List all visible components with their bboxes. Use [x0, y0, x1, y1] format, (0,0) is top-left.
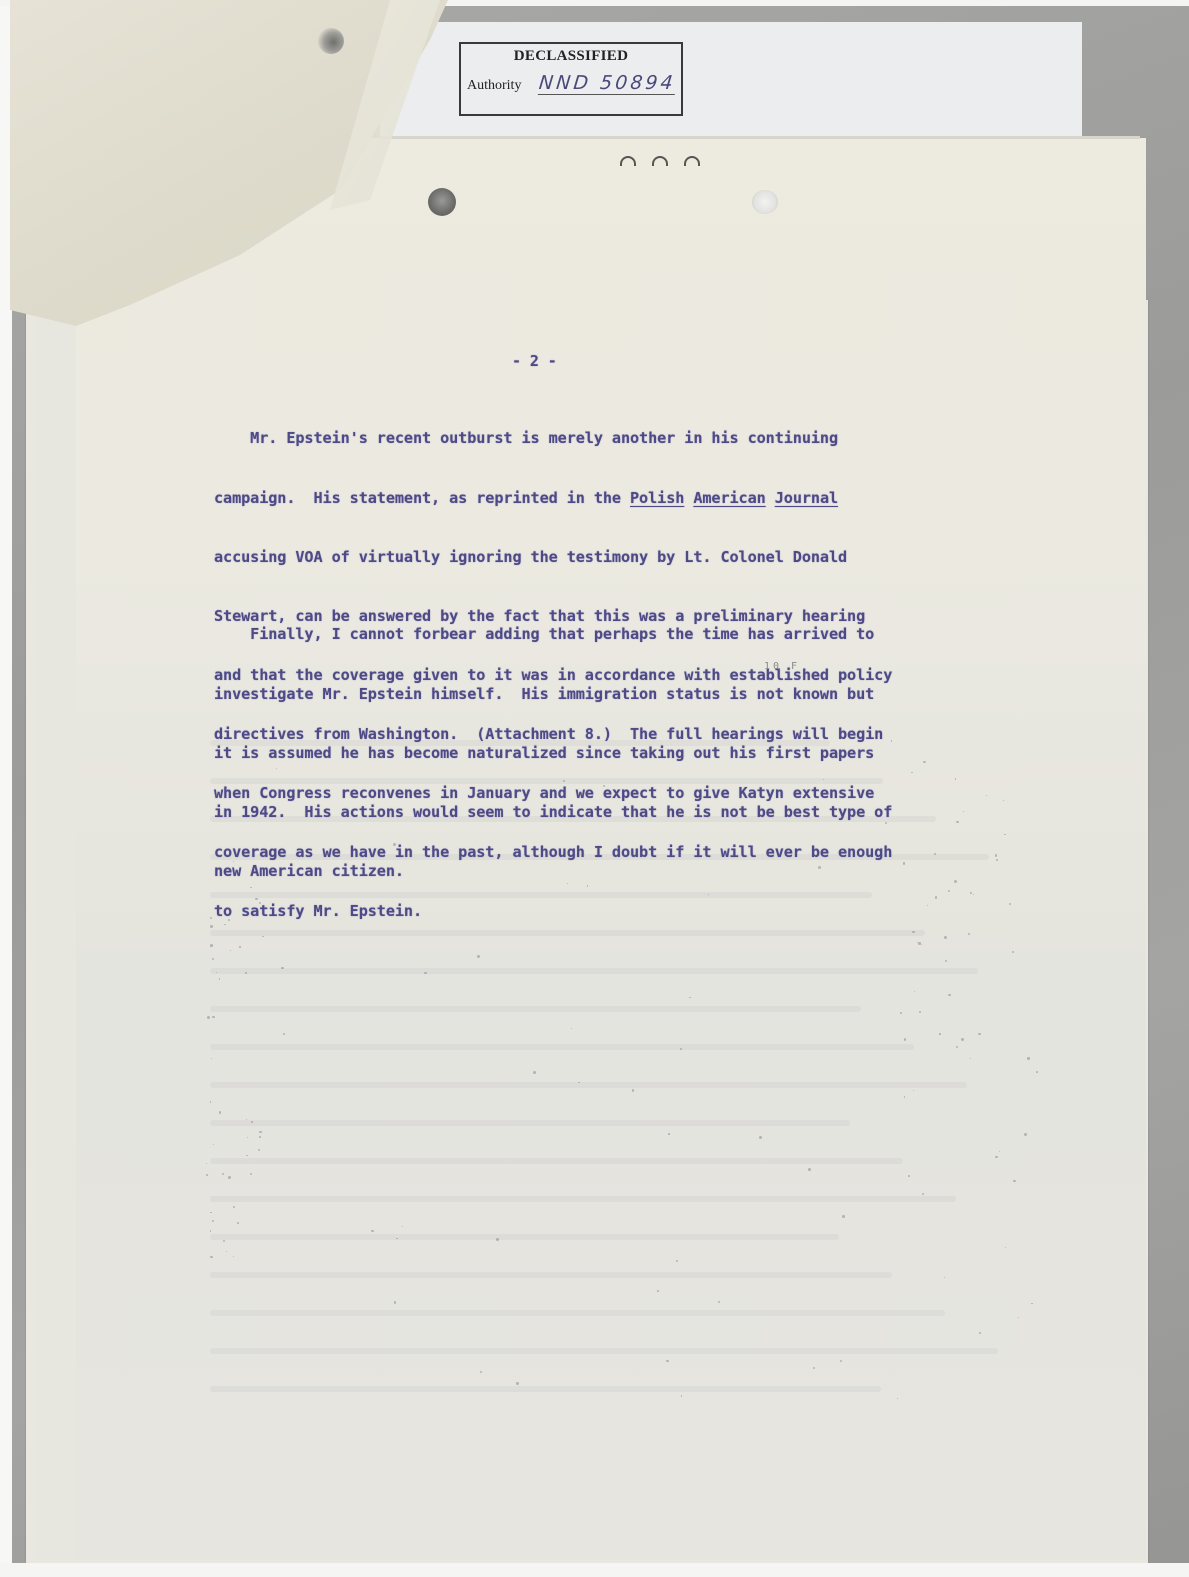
- text-line: campaign. His statement, as reprinted in…: [214, 489, 892, 509]
- speck: [923, 761, 926, 764]
- speck: [1005, 1247, 1006, 1248]
- paragraph-2: Finally, I cannot forbear adding that pe…: [214, 586, 892, 901]
- text-line: new American citizen.: [214, 862, 892, 882]
- speck: [900, 1012, 902, 1014]
- speck: [911, 772, 912, 773]
- bleed-line: [210, 1044, 914, 1050]
- bleed-line: [210, 1386, 881, 1392]
- speck: [212, 958, 214, 960]
- page-top-edge: [380, 136, 1140, 139]
- bleed-line: [210, 968, 978, 974]
- declassified-stamp: DECLASSIFIED Authority NND 50894: [459, 42, 683, 116]
- speck: [246, 1119, 247, 1120]
- speck: [922, 1193, 924, 1195]
- speck: [912, 931, 914, 933]
- publication-title: Journal: [775, 489, 838, 507]
- speck: [813, 1367, 815, 1369]
- speck: [968, 933, 970, 935]
- speck: [676, 1260, 678, 1262]
- speck: [222, 1173, 224, 1175]
- speck: [996, 859, 998, 861]
- speck: [657, 1290, 659, 1292]
- speck: [918, 942, 920, 944]
- speck: [258, 1149, 260, 1151]
- staple-mark-icon: [652, 156, 668, 166]
- stamp-authority-label: Authority: [467, 78, 521, 94]
- speck: [1024, 1133, 1027, 1136]
- speck: [210, 944, 213, 947]
- speck: [228, 1176, 231, 1179]
- speck: [948, 994, 951, 997]
- speck: [283, 1033, 285, 1035]
- bleed-line: [210, 1234, 839, 1240]
- speck: [979, 1332, 981, 1334]
- speck: [496, 1238, 499, 1241]
- text-line: investigate Mr. Epstein himself. His imm…: [214, 685, 892, 705]
- speck: [394, 1301, 396, 1303]
- speck: [578, 1082, 580, 1084]
- speck: [226, 1251, 227, 1252]
- speck: [808, 1168, 811, 1171]
- speck: [668, 1133, 669, 1134]
- speck: [939, 1034, 940, 1035]
- speck: [533, 1071, 536, 1074]
- speck: [1036, 1071, 1038, 1073]
- background-margin-bottom: [0, 1563, 1189, 1577]
- staple-marks: [620, 150, 716, 171]
- text-line: in 1942. His actions would seem to indic…: [214, 803, 892, 823]
- bleed-line: [210, 1006, 861, 1012]
- punch-hole-icon: [318, 28, 344, 54]
- bleed-line: [210, 1272, 892, 1278]
- speck: [212, 1220, 214, 1222]
- speck: [995, 854, 997, 856]
- speck: [219, 978, 220, 979]
- speck: [970, 892, 972, 894]
- speck: [934, 853, 936, 855]
- stamp-authority-value: NND 50894: [538, 72, 677, 95]
- speck: [681, 1395, 682, 1396]
- text-line: Finally, I cannot forbear adding that pe…: [214, 625, 892, 645]
- speck: [516, 1382, 519, 1385]
- bleed-line: [210, 1158, 903, 1164]
- staple-mark-icon: [684, 156, 700, 166]
- speck: [1013, 1180, 1015, 1182]
- publication-title: Polish: [630, 489, 684, 507]
- text-line: Mr. Epstein's recent outburst is merely …: [214, 429, 892, 449]
- bleed-line: [210, 1348, 998, 1354]
- text-line: accusing VOA of virtually ignoring the t…: [214, 548, 892, 568]
- speck: [259, 1136, 261, 1138]
- punch-hole-icon: [428, 188, 456, 216]
- speck: [281, 967, 283, 969]
- speck: [219, 1111, 221, 1113]
- bleed-line: [210, 1196, 956, 1202]
- speck: [961, 1038, 964, 1041]
- bleed-line: [210, 1310, 945, 1316]
- speck: [210, 925, 213, 928]
- stray-mark: 10 F: [764, 661, 800, 672]
- speck: [718, 1301, 720, 1303]
- speck: [212, 1016, 214, 1018]
- bleed-line: [210, 1120, 850, 1126]
- speck: [223, 1240, 225, 1242]
- text-line: it is assumed he has become naturalized …: [214, 744, 892, 764]
- speck: [239, 946, 240, 947]
- speck: [207, 1016, 210, 1019]
- speck: [424, 972, 426, 974]
- stamp-title: DECLASSIFIED: [461, 48, 681, 65]
- page-number: - 2 -: [512, 352, 557, 372]
- staple-mark-icon: [620, 156, 636, 166]
- speck: [903, 862, 905, 864]
- speck: [1027, 1057, 1029, 1059]
- speck: [978, 1033, 980, 1035]
- speck: [477, 955, 480, 958]
- text-line: to satisfy Mr. Epstein.: [214, 902, 892, 922]
- speck: [995, 1156, 997, 1158]
- publication-title: American: [693, 489, 765, 507]
- speck: [956, 1046, 958, 1048]
- speck: [919, 1011, 921, 1013]
- speck: [999, 1151, 1000, 1152]
- punch-hole-icon: [752, 190, 778, 214]
- bleed-line: [210, 1082, 967, 1088]
- speck: [371, 1230, 374, 1233]
- speck: [666, 1360, 669, 1363]
